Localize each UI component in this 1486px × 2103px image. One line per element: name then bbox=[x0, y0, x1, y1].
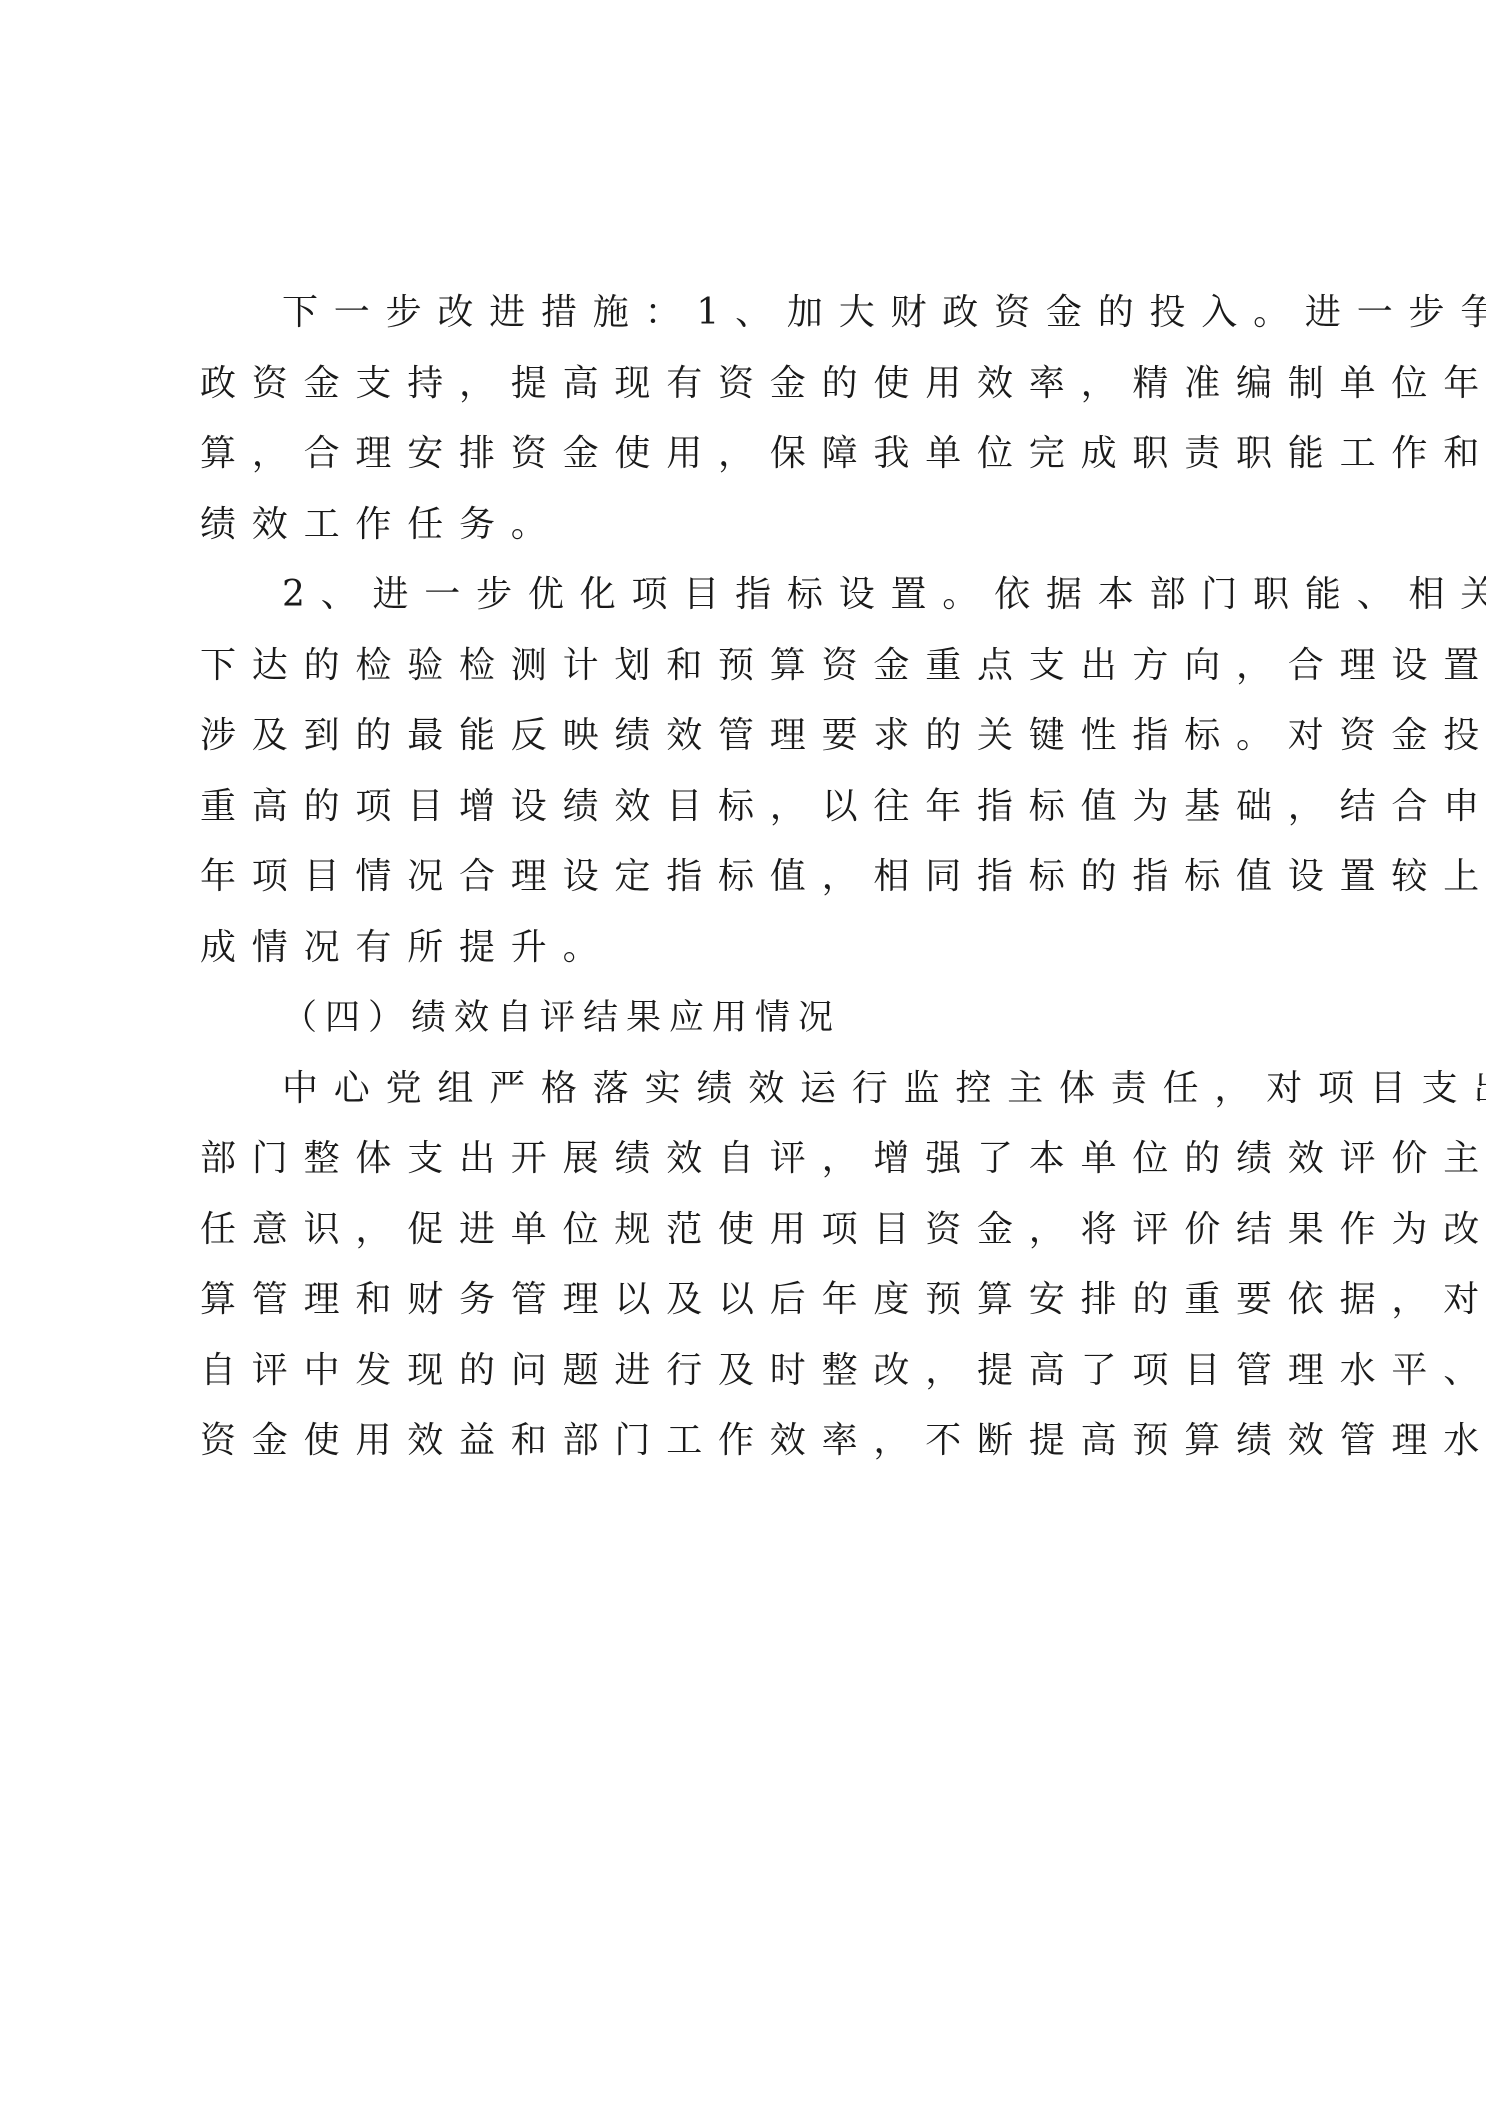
document-body: 下一步改进措施：1、加大财政资金的投入。进一步争取财 政资金支持，提高现有资金的… bbox=[200, 278, 1310, 1477]
paragraph-results-application: 中心党组严格落实绩效运行监控主体责任，对项目支出和 部门整体支出开展绩效自评，增… bbox=[200, 1054, 1310, 1477]
section-heading: （四）绩效自评结果应用情况 bbox=[200, 983, 1310, 1054]
text-line: 重高的项目增设绩效目标，以往年指标值为基础，结合申报当 bbox=[200, 772, 1310, 843]
text-line: 中心党组严格落实绩效运行监控主体责任，对项目支出和 bbox=[200, 1054, 1310, 1125]
text-line: 年项目情况合理设定指标值，相同指标的指标值设置较上年完 bbox=[200, 842, 1310, 913]
text-line: 算管理和财务管理以及以后年度预算安排的重要依据，对绩效 bbox=[200, 1265, 1310, 1336]
text-line: 成情况有所提升。 bbox=[200, 913, 1310, 984]
text-line: 2、进一步优化项目指标设置。依据本部门职能、相关部门 bbox=[200, 560, 1310, 631]
document-page: 下一步改进措施：1、加大财政资金的投入。进一步争取财 政资金支持，提高现有资金的… bbox=[0, 0, 1486, 2103]
text-line: 自评中发现的问题进行及时整改，提高了项目管理水平、财政 bbox=[200, 1336, 1310, 1407]
text-line: 绩效工作任务。 bbox=[200, 490, 1310, 561]
paragraph-optimize-indicators: 2、进一步优化项目指标设置。依据本部门职能、相关部门 下达的检验检测计划和预算资… bbox=[200, 560, 1310, 983]
text-line: 下达的检验检测计划和预算资金重点支出方向，合理设置项目 bbox=[200, 631, 1310, 702]
text-line: 部门整体支出开展绩效自评，增强了本单位的绩效评价主体责 bbox=[200, 1124, 1310, 1195]
text-line: 算，合理安排资金使用，保障我单位完成职责职能工作和年度 bbox=[200, 419, 1310, 490]
paragraph-improvement-measures: 下一步改进措施：1、加大财政资金的投入。进一步争取财 政资金支持，提高现有资金的… bbox=[200, 278, 1310, 560]
text-line: 涉及到的最能反映绩效管理要求的关键性指标。对资金投放比 bbox=[200, 701, 1310, 772]
text-line: 下一步改进措施：1、加大财政资金的投入。进一步争取财 bbox=[200, 278, 1310, 349]
text-line: 政资金支持，提高现有资金的使用效率，精准编制单位年度预 bbox=[200, 349, 1310, 420]
text-line: 任意识，促进单位规范使用项目资金，将评价结果作为改进预 bbox=[200, 1195, 1310, 1266]
section-heading-text: （四）绩效自评结果应用情况 bbox=[200, 983, 1310, 1054]
text-line: 资金使用效益和部门工作效率，不断提高预算绩效管理水平。 bbox=[200, 1406, 1310, 1477]
